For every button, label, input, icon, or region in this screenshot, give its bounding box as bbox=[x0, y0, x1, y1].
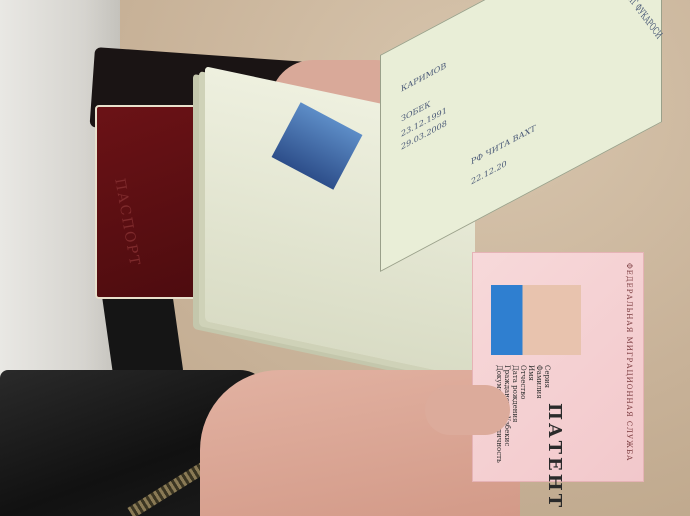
passport-surname: КАРИМОВ bbox=[401, 61, 446, 94]
patent-field: Отчество bbox=[519, 365, 527, 399]
passport-cover-title: ПАСПОРТ bbox=[111, 177, 142, 268]
patent-title: ПАТЕНТ bbox=[544, 403, 565, 510]
patent-field: Дата рождения bbox=[511, 365, 519, 422]
patent-photo bbox=[491, 285, 581, 355]
patent-authority: ФЕДЕРАЛЬНАЯ МИГРАЦИОННАЯ СЛУЖБА bbox=[625, 263, 633, 461]
passport-header: ЎЗБЕКИСТОН РЕСПУБЛИКАСИНИНГ ФУКАРОСИ bbox=[554, 0, 664, 41]
patent-field: Имя bbox=[527, 365, 535, 381]
patent-field: Серия bbox=[543, 365, 551, 388]
patent-card: ФЕДЕРАЛЬНАЯ МИГРАЦИОННАЯ СЛУЖБА ПАТЕНТ С… bbox=[472, 252, 644, 482]
thumb bbox=[425, 385, 510, 435]
patent-field: Фамилия bbox=[535, 365, 543, 399]
